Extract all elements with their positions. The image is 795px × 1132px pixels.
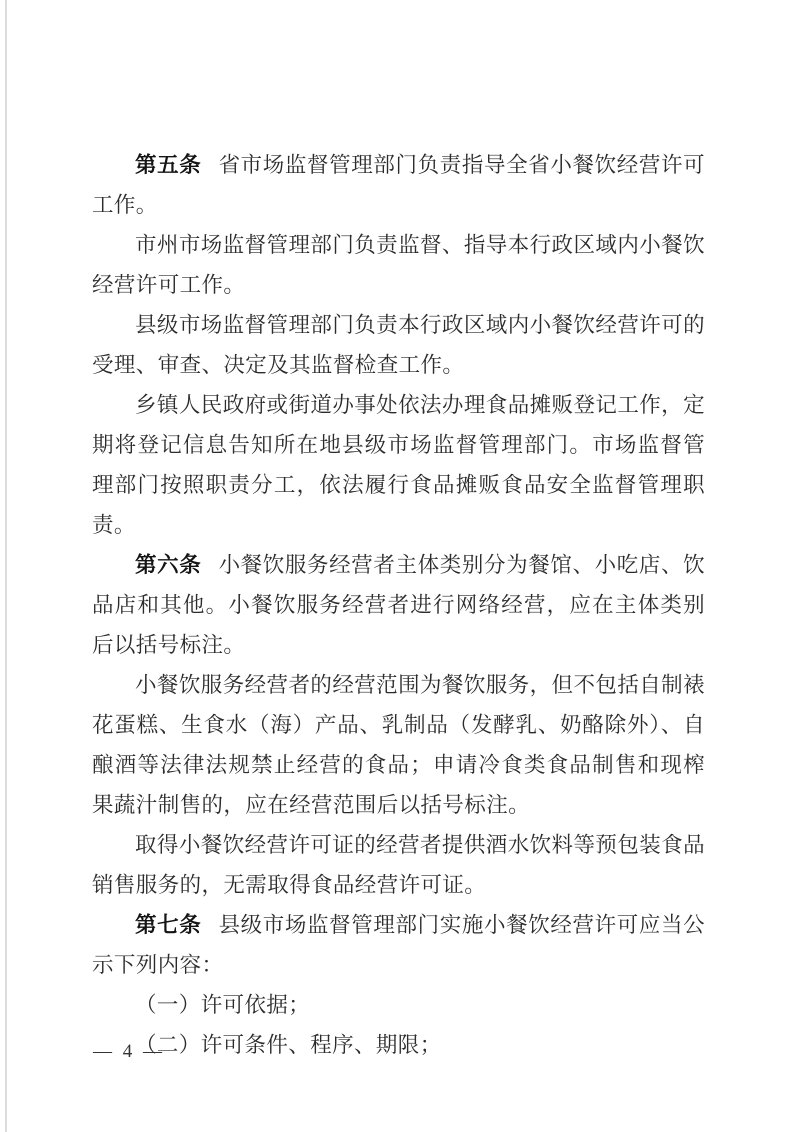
- paragraph: （二）许可条件、程序、期限；: [92, 1025, 705, 1065]
- document-page: 第五条省市场监督管理部门负责指导全省小餐饮经营许可工作。 市州市场监督管理部门负…: [0, 0, 795, 1132]
- paragraph: 取得小餐饮经营许可证的经营者提供酒水饮料等预包装食品销售服务的，无需取得食品经营…: [92, 825, 705, 905]
- paragraph-text: 市州市场监督管理部门负责监督、指导本行政区域内小餐饮经营许可工作。: [92, 233, 705, 297]
- paragraph-text: 小餐饮服务经营者的经营范围为餐饮服务，但不包括自制裱花蛋糕、生食水（海）产品、乳…: [92, 673, 705, 817]
- paragraph: 县级市场监督管理部门负责本行政区域内小餐饮经营许可的受理、审查、决定及其监督检查…: [92, 305, 705, 385]
- paragraph: 乡镇人民政府或街道办事处依法办理食品摊贩登记工作，定期将登记信息告知所在地县级市…: [92, 385, 705, 545]
- paragraph: 第七条县级市场监督管理部门实施小餐饮经营许可应当公示下列内容：: [92, 905, 705, 985]
- paragraph-text: 乡镇人民政府或街道办事处依法办理食品摊贩登记工作，定期将登记信息告知所在地县级市…: [92, 393, 705, 537]
- article-number: 第七条: [135, 913, 201, 937]
- page-edge-line: [5, 0, 7, 1132]
- paragraph: 市州市场监督管理部门负责监督、指导本行政区域内小餐饮经营许可工作。: [92, 225, 705, 305]
- paragraph: （一）许可依据；: [92, 985, 705, 1025]
- paragraph: 小餐饮服务经营者的经营范围为餐饮服务，但不包括自制裱花蛋糕、生食水（海）产品、乳…: [92, 665, 705, 825]
- paragraph-text: 取得小餐饮经营许可证的经营者提供酒水饮料等预包装食品销售服务的，无需取得食品经营…: [92, 833, 705, 897]
- paragraph: 第五条省市场监督管理部门负责指导全省小餐饮经营许可工作。: [92, 145, 705, 225]
- page-footer: — 4 —: [93, 1040, 165, 1064]
- article-number: 第六条: [135, 553, 201, 577]
- paragraph-text: 县级市场监督管理部门负责本行政区域内小餐饮经营许可的受理、审查、决定及其监督检查…: [92, 313, 705, 377]
- paragraph-text: （一）许可依据；: [135, 993, 310, 1017]
- paragraph-text: （二）许可条件、程序、期限；: [135, 1033, 442, 1057]
- paragraph: 第六条小餐饮服务经营者主体类别分为餐馆、小吃店、饮品店和其他。小餐饮服务经营者进…: [92, 545, 705, 665]
- page-number: — 4 —: [93, 1041, 165, 1062]
- document-body: 第五条省市场监督管理部门负责指导全省小餐饮经营许可工作。 市州市场监督管理部门负…: [92, 145, 705, 1065]
- article-number: 第五条: [135, 153, 201, 177]
